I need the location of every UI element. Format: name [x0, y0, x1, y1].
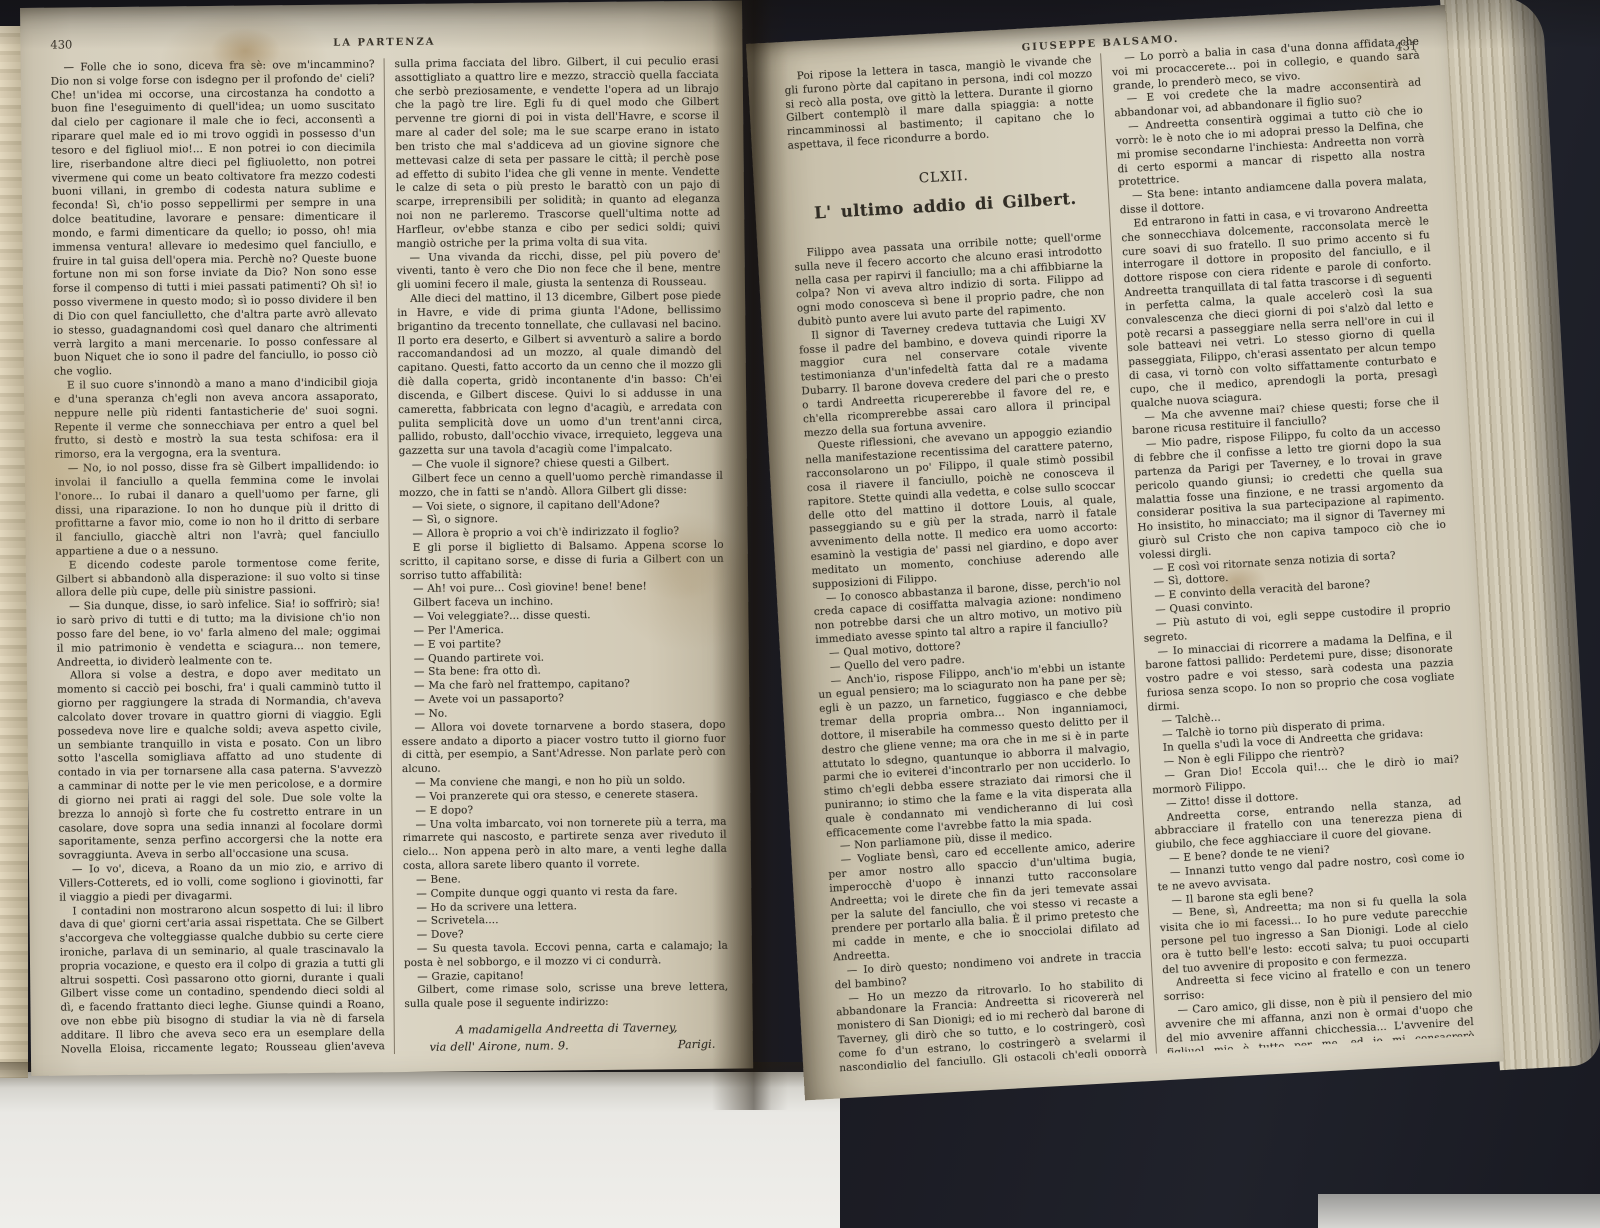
- paragraph: — Mio padre, rispose Filippo, fu colto d…: [1133, 422, 1447, 563]
- paragraph: Allora si volse a destra, e dopo aver me…: [57, 667, 383, 864]
- table-surface-right: [1318, 1194, 1600, 1228]
- paragraph: I contadini non mostrarono alcun sospett…: [59, 902, 385, 1058]
- paragraph: E il suo cuore s'innondò a mano a mano d…: [54, 376, 379, 462]
- paragraph: A madamigella Andreetta di Taverney,: [405, 1021, 729, 1039]
- right-page-column-2: — Lo porrò a balia in casa d'una donna a…: [1100, 35, 1474, 1053]
- left-page-columns: — Folle che io sono, diceva fra sè: ove …: [51, 55, 729, 1058]
- paragraph: — Vogliate bensì, caro ed eccellente ami…: [827, 838, 1141, 966]
- paragraph: Alle dieci del mattino, il 13 dicembre, …: [397, 290, 723, 459]
- page-number-left: 430: [50, 37, 120, 52]
- paragraph: Il signor di Taverney credeva tuttavia c…: [798, 313, 1112, 441]
- paragraph: — Una volta imbarcato, voi non tornerete…: [403, 815, 728, 874]
- paragraph: Gilbert, come rimase solo, scrisse una b…: [404, 981, 728, 1012]
- paragraph: Queste riflessioni, che avevano un appog…: [804, 424, 1120, 593]
- paragraph: Gilbert fece un cenno a quell'uomo perch…: [399, 470, 723, 501]
- left-running-head: 430 LA PARTENZA: [50, 31, 718, 52]
- running-title-left: LA PARTENZA: [120, 34, 648, 51]
- paragraph: — Ho un mezzo da ritrovarlo. Io ho stabi…: [835, 976, 1149, 1071]
- paragraph: — Sia dunque, disse, io sarò infelice. S…: [56, 598, 381, 671]
- paragraph: — Io vo', diceva, a Roano da un mio zio,…: [59, 860, 383, 905]
- left-page: 430 LA PARTENZA — Folle che io sono, dic…: [20, 0, 753, 1076]
- head-spacer: [648, 42, 718, 43]
- left-page-column-2: sulla prima facciata del libro. Gilbert,…: [384, 55, 729, 1054]
- table-surface: [0, 1072, 840, 1228]
- right-page-columns: Poi ripose la lettera in tasca, mangiò l…: [784, 35, 1475, 1071]
- book-photo: 430 LA PARTENZA — Folle che io sono, dic…: [0, 0, 1600, 1228]
- paragraph: — Anch'io, rispose Filippo, anch'io m'eb…: [817, 658, 1134, 841]
- paragraph: — Allora voi dovete tornarvene a bordo s…: [401, 718, 726, 777]
- paragraph: — Una vivanda da ricchi, disse, pel più …: [397, 248, 721, 293]
- right-page: GIUSEPPE BALSAMO. 431 Poi ripose la lett…: [746, 5, 1504, 1100]
- paragraph: — Su questa tavola. Eccovi penna, carta …: [404, 940, 728, 971]
- paragraph: Poi ripose la lettera in tasca, mangiò l…: [784, 54, 1096, 154]
- paragraph: E gli porse il biglietto di Balsamo. App…: [400, 539, 724, 584]
- paragraph: Ed entrarono in fatti in casa, e vi trov…: [1120, 201, 1438, 411]
- page-number-right: 431: [1395, 39, 1418, 54]
- left-page-column-1: — Folle che io sono, diceva fra sè: ove …: [51, 58, 394, 1057]
- paragraph: sulla prima facciata del libro. Gilbert,…: [395, 55, 721, 252]
- paragraph: — No, io nol posso, disse fra sè Gilbert…: [55, 459, 380, 559]
- paragraph: — Folle che io sono, diceva fra sè: ove …: [51, 58, 378, 379]
- paragraph: E dicendo codeste parole tormentose come…: [56, 556, 380, 601]
- right-page-column-1: Poi ripose la lettera in tasca, mangiò l…: [784, 53, 1156, 1071]
